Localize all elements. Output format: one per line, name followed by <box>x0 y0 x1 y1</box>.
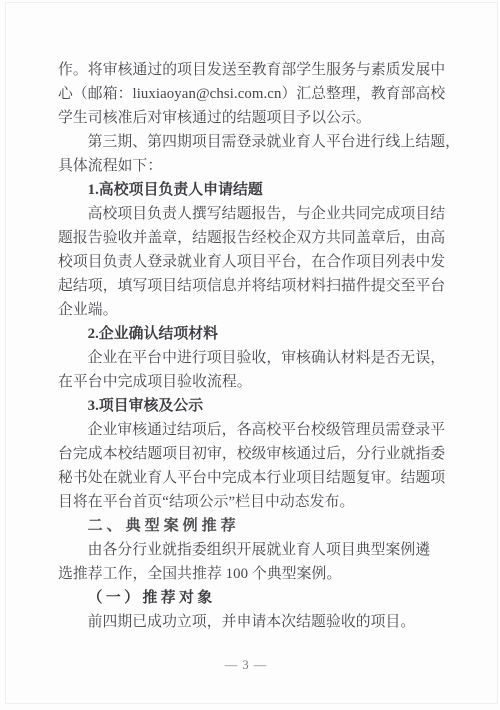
paragraph: 由各分行业就指委组织开展就业育人项目典型案例遴选推荐工作，全国共推荐 100 个… <box>58 538 450 586</box>
text-line: 前四期已成功立项，并申请本次结题验收的项目。 <box>58 610 450 634</box>
text-line: 学生司核准后对审核通过的结题项目予以公示。 <box>58 106 450 130</box>
text-line: 企业审核通过结项后，各高校平台校级管理员需登录平 <box>58 418 450 442</box>
paragraph: 企业审核通过结项后，各高校平台校级管理员需登录平台完成本校结题项目初审，校级审核… <box>58 418 450 514</box>
text-line: 秘书处在就业育人平台中完成本行业项目结题复审。结题项 <box>58 466 450 490</box>
text-line: 在平台中完成项目验收流程。 <box>58 370 450 394</box>
text-line: 起结项，填写项目结项信息并将结项材料扫描件提交至平台 <box>58 274 450 298</box>
text-line: 作。将审核通过的项目发送至教育部学生服务与素质发展中 <box>58 58 450 82</box>
text-line: 题报告验收并盖章，结题报告经校企双方共同盖章后，由高 <box>58 226 450 250</box>
text-line: 企业在平台中进行项目验收，审核确认材料是否无误， <box>58 346 450 370</box>
section-heading: （一）推荐对象 <box>58 586 450 610</box>
text-line: 选推荐工作，全国共推荐 100 个典型案例。 <box>58 562 450 586</box>
paragraph: 第三期、第四期项目需登录就业育人平台进行线上结题，具体流程如下： <box>58 130 450 178</box>
text-line: 1.高校项目负责人申请结题 <box>58 178 450 202</box>
paragraph: 前四期已成功立项，并申请本次结题验收的项目。 <box>58 610 450 634</box>
document-content: 作。将审核通过的项目发送至教育部学生服务与素质发展中心（邮箱：liuxiaoya… <box>58 58 450 634</box>
text-line: 二、典型案例推荐 <box>58 514 450 538</box>
text-line: 第三期、第四期项目需登录就业育人平台进行线上结题， <box>58 130 450 154</box>
text-line: 企业端。 <box>58 298 450 322</box>
section-heading: 2.企业确认结项材料 <box>58 322 450 346</box>
text-line: 3.项目审核及公示 <box>58 394 450 418</box>
text-line: 2.企业确认结项材料 <box>58 322 450 346</box>
paragraph: 作。将审核通过的项目发送至教育部学生服务与素质发展中心（邮箱：liuxiaoya… <box>58 58 450 130</box>
paragraph: 高校项目负责人撰写结题报告，与企业共同完成项目结题报告验收并盖章，结题报告经校企… <box>58 202 450 322</box>
text-line: 校项目负责人登录就业育人项目平台，在合作项目列表中发 <box>58 250 450 274</box>
section-heading: 3.项目审核及公示 <box>58 394 450 418</box>
text-line: 由各分行业就指委组织开展就业育人项目典型案例遴 <box>58 538 450 562</box>
page-number: — 3 — <box>0 658 492 673</box>
document-page: 作。将审核通过的项目发送至教育部学生服务与素质发展中心（邮箱：liuxiaoya… <box>0 0 500 710</box>
text-line: 具体流程如下： <box>58 154 450 178</box>
text-line: 目将在平台首页“结项公示”栏目中动态发布。 <box>58 490 450 514</box>
paragraph: 企业在平台中进行项目验收，审核确认材料是否无误，在平台中完成项目验收流程。 <box>58 346 450 394</box>
section-heading: 二、典型案例推荐 <box>58 514 450 538</box>
text-line: （一）推荐对象 <box>58 586 450 610</box>
text-line: 心（邮箱：liuxiaoyan@chsi.com.cn）汇总整理，教育部高校 <box>58 82 450 106</box>
section-heading: 1.高校项目负责人申请结题 <box>58 178 450 202</box>
text-line: 高校项目负责人撰写结题报告，与企业共同完成项目结 <box>58 202 450 226</box>
text-line: 台完成本校结题项目初审，校级审核通过后，分行业就指委 <box>58 442 450 466</box>
